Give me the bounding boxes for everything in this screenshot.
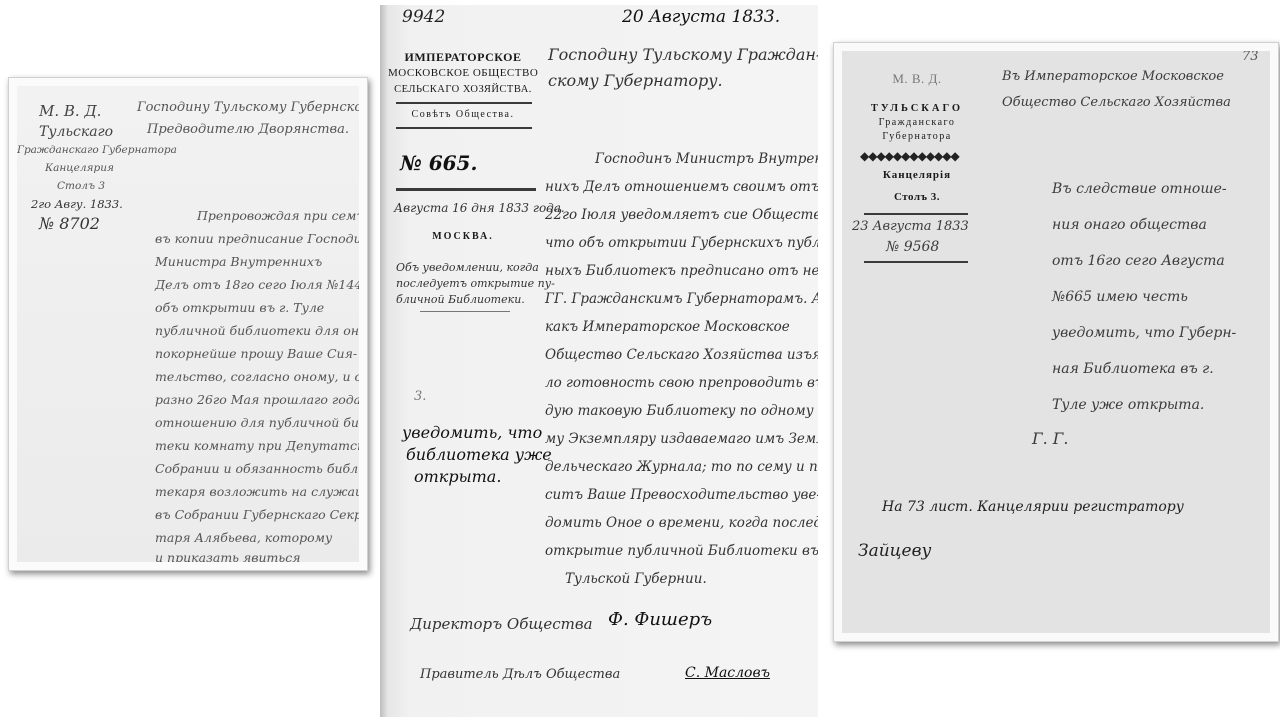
outgoing-number: № 8702 — [39, 214, 100, 233]
divider — [396, 188, 536, 191]
stamp-mvd: М. В. Д. — [852, 71, 982, 87]
stamp-mvd: М. В. Д. — [39, 102, 101, 120]
signature-title: Правитель Дѣлъ Общества — [420, 667, 620, 682]
signature-title: Директоръ Общества — [410, 615, 593, 633]
document-center: 9942 ИМПЕРАТОРСКОЕ МОСКОВСКОЕ ОБЩЕСТВО С… — [380, 5, 818, 717]
body-line: разно 26го Мая прошлаго года — [155, 392, 359, 407]
divider — [420, 311, 510, 312]
divider — [864, 261, 968, 263]
letterhead-line-1: ИМПЕРАТОРСКОЕ — [388, 50, 538, 65]
registry-date: 23 Августа 1833 — [852, 219, 969, 234]
body-line: теки комнату при Депутатскомъ — [155, 438, 359, 453]
body-line: ныхъ Библиотекъ предписано отъ него — [545, 263, 818, 279]
body-line: объ открытии въ г. Туле — [155, 300, 324, 315]
addressee-line-1: Господину Тульскому Губернскому — [137, 100, 359, 115]
stamp-civil: Гражданскаго — [852, 117, 982, 128]
stamp-tula: Тульскаго — [39, 124, 113, 140]
body-line: текаря возложить на служащаго — [155, 484, 359, 499]
divider — [864, 213, 968, 215]
outgoing-date: 2го Авгу. 1833. — [31, 197, 123, 211]
outgoing-number: № 665. — [400, 151, 477, 175]
body-line: ния онаго общества — [1052, 217, 1207, 233]
stamp-chancellery: Канцелярія — [852, 169, 982, 181]
received-date: 20 Августа 1833. — [622, 7, 780, 27]
body-line: Г. Г. — [1032, 429, 1068, 448]
addressee-line-1: Въ Императорское Московское — [1002, 69, 1224, 84]
outgoing-date: Августа 16 дня 1833 года. — [394, 201, 565, 215]
addressee-line-2: Предводителю Дворянства. — [147, 122, 349, 137]
body-line: что объ открытии Губернскихъ публич- — [545, 235, 818, 251]
stamp-governor: Гражданскаго Губернатора — [17, 144, 177, 156]
council-label: Совѣтъ Общества. — [388, 109, 538, 120]
body-line: 22го Іюля уведомляетъ сие Общество, — [545, 207, 818, 223]
body-line: Собрании и обязанность библио- — [155, 461, 359, 476]
letterhead-line-3: СЕЛЬСКАГО ХОЗЯЙСТВА. — [388, 84, 538, 95]
addressee-line-1: Господину Тульскому Граждан- — [548, 45, 818, 64]
addressee-line-2: Общество Сельскаго Хозяйства — [1002, 95, 1231, 110]
document-right: 73 М. В. Д. ТУЛЬСКАГО Гражданскаго Губер… — [833, 42, 1279, 642]
stamp-chancellery: Канцелярия — [45, 162, 114, 174]
body-line: дельческаго Журнала; то по сему и про- — [545, 459, 818, 475]
body-line: Делъ отъ 18го сего Іюля №144 — [155, 277, 359, 292]
body-line: Господинъ Министръ Внутрен- — [595, 151, 818, 167]
body-line: таря Алябьева, которому — [155, 530, 332, 545]
signature-name: Ф. Фишеръ — [608, 609, 712, 630]
margin-mark: 3. — [414, 389, 426, 404]
document-center-page: 9942 ИМПЕРАТОРСКОЕ МОСКОВСКОЕ ОБЩЕСТВО С… — [380, 5, 818, 717]
document-left: М. В. Д. Тульскаго Гражданскаго Губернат… — [8, 77, 368, 571]
body-line: публичной библиотеки для онаго — [155, 323, 359, 338]
divider — [396, 102, 532, 104]
body-line: ная Библиотека въ г. — [1052, 361, 1214, 377]
body-line: Туле уже открыта. — [1052, 397, 1204, 413]
body-line: покорнейше прошу Ваше Сия- — [155, 346, 357, 361]
archive-number: 9942 — [402, 7, 445, 27]
body-line: въ Собрании Губернскаго Секре- — [155, 507, 359, 522]
margin-note-line: открыта. — [414, 467, 501, 486]
resolution-line: Зайцеву — [858, 541, 931, 561]
stamp-tula: ТУЛЬСКАГО — [852, 103, 982, 114]
registry-number: № 9568 — [886, 239, 939, 255]
body-line: какъ Императорское Московское — [545, 319, 790, 335]
body-line: открытие публичной Библиотеки въ — [545, 543, 818, 559]
body-line: Въ следствие отноше- — [1052, 181, 1227, 197]
body-line: и приказать явиться — [155, 550, 300, 562]
body-line: ло готовность свою препроводить въ каж- — [545, 375, 818, 391]
body-line: Тульской Губернии. — [565, 571, 707, 587]
stamp-desk: Столъ 3 — [57, 180, 105, 192]
body-line: отъ 16го сего Августа — [1052, 253, 1225, 269]
body-line: тельство, согласно оному, и сооб- — [155, 369, 359, 384]
stamp-desk: Столъ 3. — [852, 191, 982, 203]
folio-number: 73 — [1242, 51, 1259, 64]
body-line: домить Оное о времени, когда последуетъ — [545, 515, 818, 531]
document-left-page: М. В. Д. Тульскаго Гражданскаго Губернат… — [17, 86, 359, 562]
stamp-governor: Губернатора — [852, 131, 982, 142]
subject-line: бличной Библиотеки. — [396, 293, 525, 306]
document-right-page: 73 М. В. Д. ТУЛЬСКАГО Гражданскаго Губер… — [842, 51, 1270, 633]
city: МОСКВА. — [388, 231, 538, 242]
divider — [396, 127, 532, 129]
body-line: ГГ. Гражданскимъ Губернаторамъ. А — [545, 291, 818, 307]
body-line: Министра Внутреннихъ — [155, 254, 322, 269]
margin-note-line: библиотека уже — [406, 445, 552, 464]
body-line: нихъ Делъ отношениемъ своимъ отъ — [545, 179, 818, 195]
resolution-line: На 73 лист. Канцелярии регистратору — [882, 499, 1184, 515]
body-line: отношению для публичной библио- — [155, 415, 359, 430]
margin-note-line: уведомить, что — [402, 423, 542, 442]
letterhead-line-2: МОСКОВСКОЕ ОБЩЕСТВО — [388, 67, 538, 79]
signature-name: С. Масловъ — [685, 665, 770, 681]
body-line: ситъ Ваше Превосходительство увe- — [545, 487, 818, 503]
body-line: въ копии предписание Господина — [155, 231, 359, 246]
body-line: му Экземпляру издаваемаго имъ Земле- — [545, 431, 818, 447]
body-line: дую таковую Библиотеку по одному полно- — [545, 403, 818, 419]
subject-line: последуетъ открытие пу- — [396, 277, 555, 290]
subject-line: Объ уведомлении, когда — [396, 261, 539, 274]
body-line: уведомить, что Губерн- — [1052, 325, 1236, 341]
body-line: №665 имею честь — [1052, 289, 1188, 305]
addressee-line-2: скому Губернатору. — [548, 71, 723, 90]
stamp-ornament: ◆◆◆◆◆◆◆◆◆◆◆◆ — [860, 149, 959, 164]
body-line: Препровождая при семъ — [197, 208, 359, 223]
body-line: Общество Сельскаго Хозяйства изъяви- — [545, 347, 818, 363]
